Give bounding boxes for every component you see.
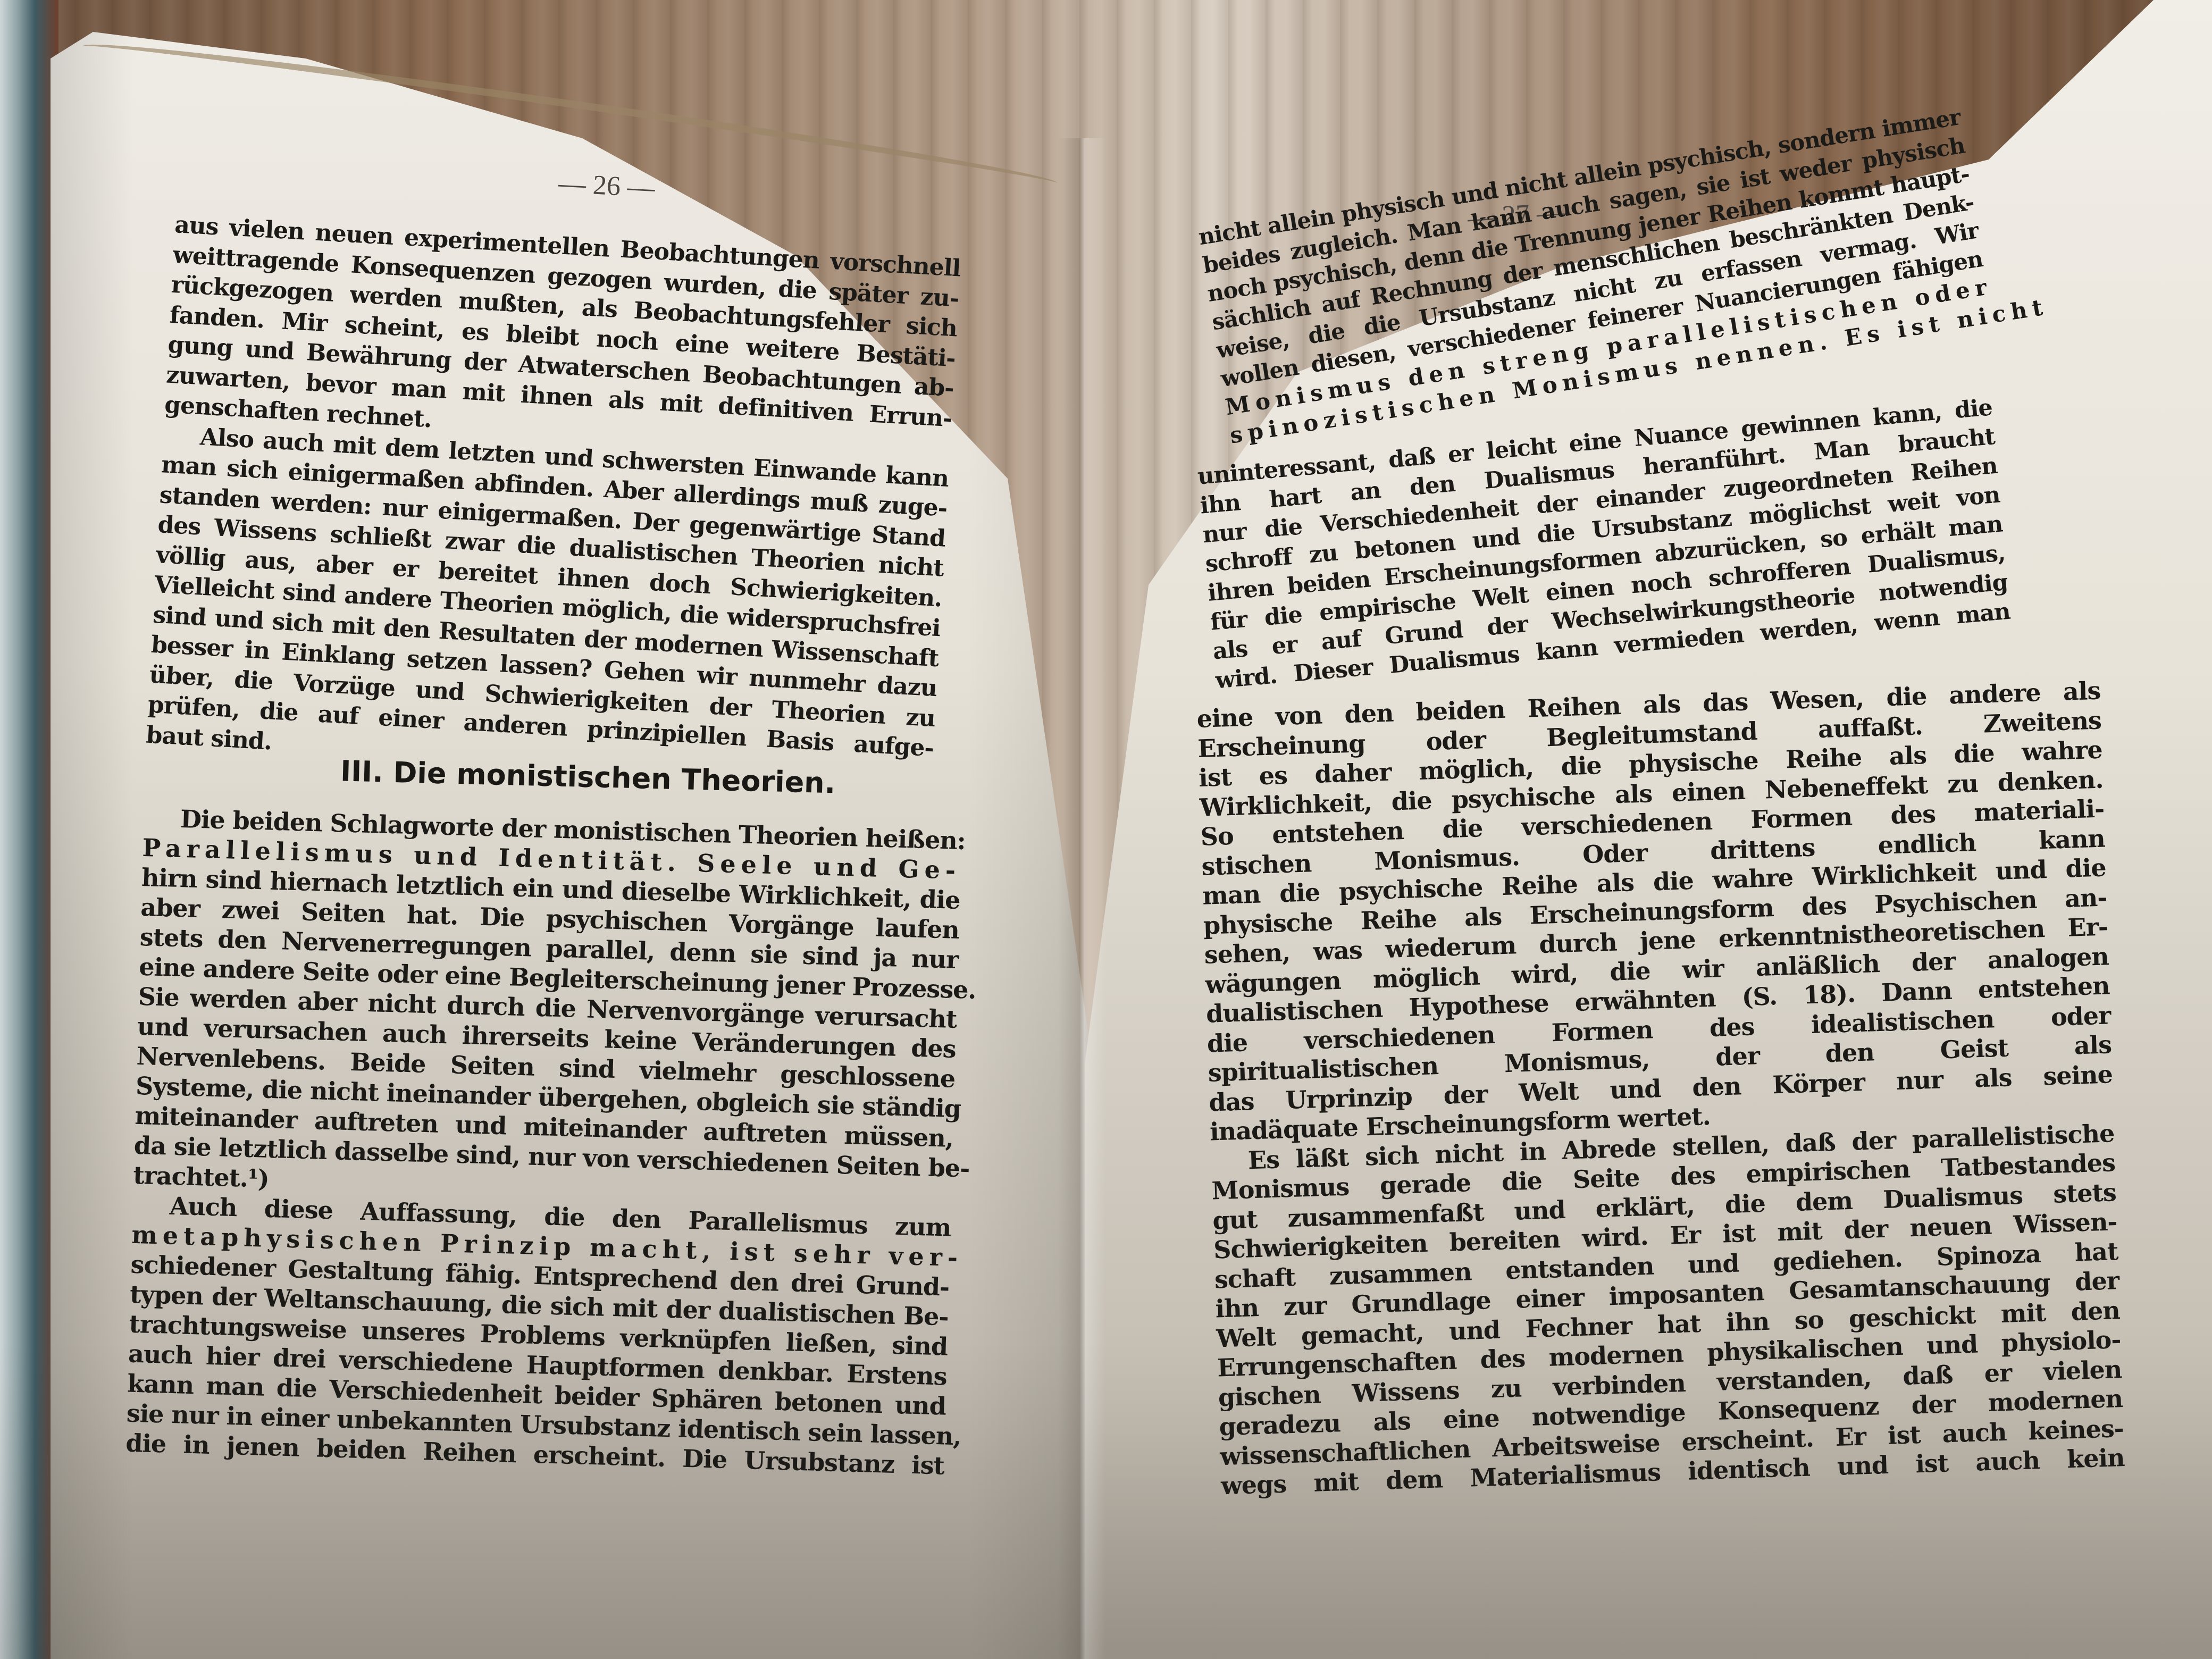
left-page-paragraph-1: aus vielen neuen experimentellen Beobach… [145, 210, 961, 794]
book-gutter [1058, 138, 1106, 1659]
page-number-left: — 26 — [558, 167, 656, 204]
right-page-paragraph-1-bottom: eine von den beiden Reihen als das Wesen… [1196, 676, 2125, 1501]
books-in-background [0, 0, 58, 1659]
left-page-paragraph-3: Die beiden Schlagworte der monistischen … [125, 803, 962, 1481]
